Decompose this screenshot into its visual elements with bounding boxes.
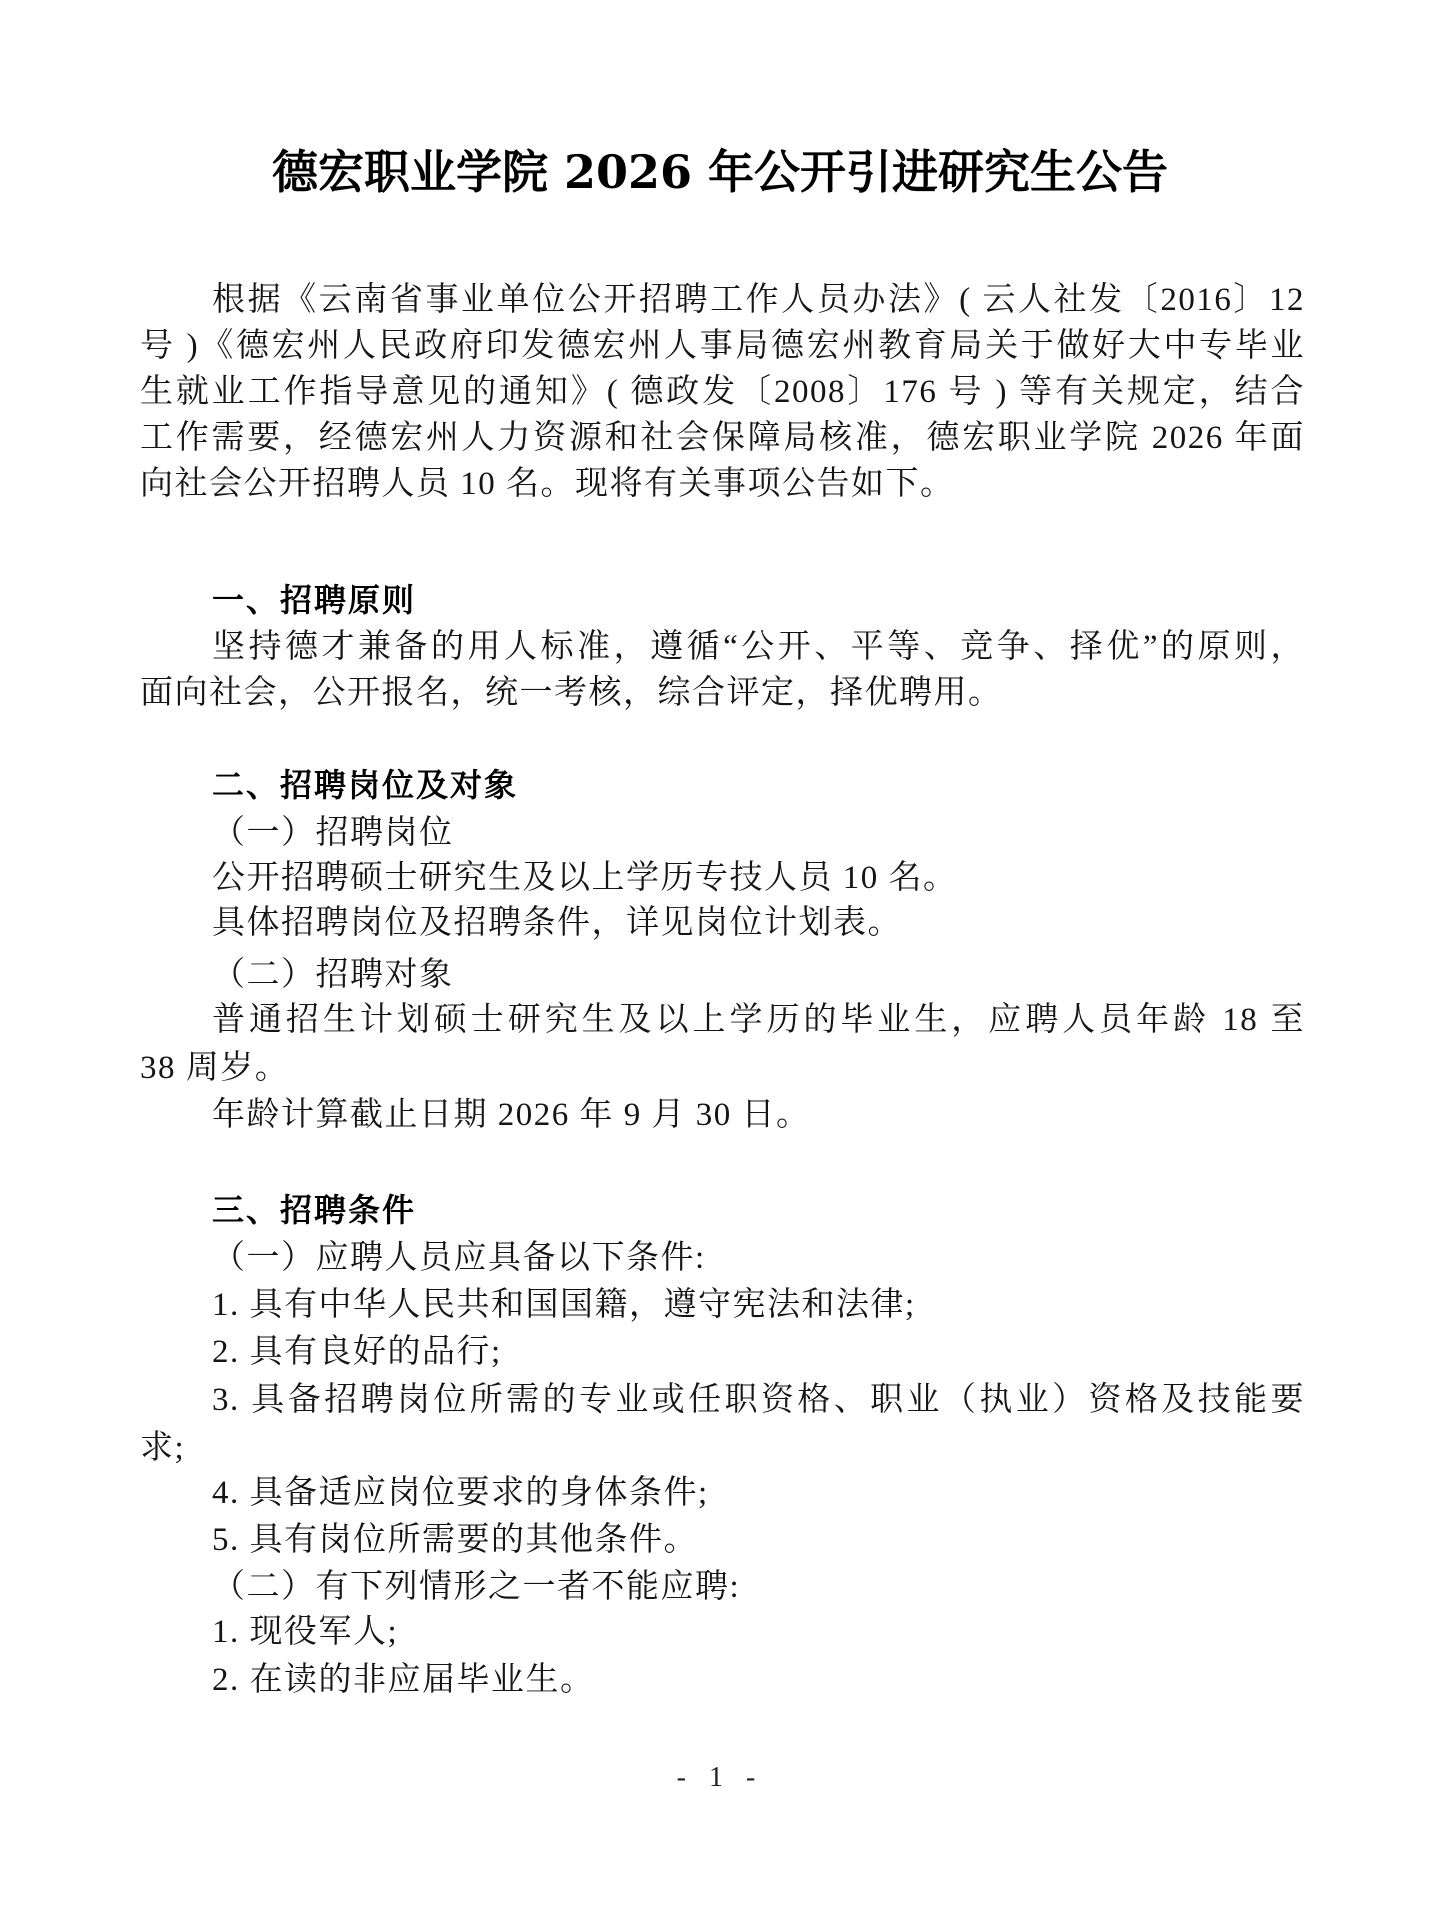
section-1-line-2: 面向社会，公开报名，统一考核，综合评定，择优聘用。 [140, 671, 1305, 715]
condition-item-1: 1. 具有中华人民共和国国籍，遵守宪法和法律; [212, 1283, 1305, 1327]
intro-line-2: 号 )《德宏州人民政府印发德宏州人事局德宏州教育局关于做好大中专毕业 [140, 324, 1305, 368]
section-2-line-6: 38 周岁。 [140, 1046, 1305, 1090]
section-heading-positions: 二、招聘岗位及对象 [212, 763, 518, 807]
intro-line-1: 根据《云南省事业单位公开招聘工作人员办法》( 云人社发〔2016〕12 [212, 278, 1305, 322]
section-2-line-7: 年龄计算截止日期 2026 年 9 月 30 日。 [212, 1093, 1305, 1137]
intro-line-5: 向社会公开招聘人员 10 名。现将有关事项公告如下。 [140, 462, 1305, 506]
document-title: 德宏职业学院 2026 年公开引进研究生公告 [0, 140, 1440, 204]
subsection-positions: （一）招聘岗位 [212, 811, 1305, 855]
intro-line-3: 生就业工作指导意见的通知》( 德政发〔2008〕176 号 ) 等有关规定，结合 [140, 370, 1305, 414]
subsection-requirements: （一）应聘人员应具备以下条件: [212, 1236, 1305, 1280]
subsection-targets: （二）招聘对象 [212, 953, 1305, 997]
document-page: 德宏职业学院 2026 年公开引进研究生公告 根据《云南省事业单位公开招聘工作人… [0, 0, 1440, 1920]
condition-item-3: 3. 具备招聘岗位所需的专业或任职资格、职业（执业）资格及技能要 [212, 1378, 1305, 1422]
intro-line-4: 工作需要，经德宏州人力资源和社会保障局核准，德宏职业学院 2026 年面 [140, 416, 1305, 460]
section-1-line-1: 坚持德才兼备的用人标准，遵循“公开、平等、竞争、择优”的原则， [212, 625, 1305, 669]
subsection-exclusions: （二）有下列情形之一者不能应聘: [212, 1565, 1305, 1609]
condition-item-2: 2. 具有良好的品行; [212, 1330, 1305, 1374]
section-2-line-2: 公开招聘硕士研究生及以上学历专技人员 10 名。 [212, 856, 1305, 900]
exclusion-item-1: 1. 现役军人; [212, 1610, 1305, 1654]
section-heading-conditions: 三、招聘条件 [212, 1188, 416, 1232]
condition-item-3-cont: 求; [140, 1426, 1305, 1470]
section-2-line-5: 普通招生计划硕士研究生及以上学历的毕业生，应聘人员年龄 18 至 [212, 998, 1305, 1042]
condition-item-5: 5. 具有岗位所需要的其他条件。 [212, 1518, 1305, 1562]
exclusion-item-2: 2. 在读的非应届毕业生。 [212, 1658, 1305, 1702]
section-2-line-3: 具体招聘岗位及招聘条件，详见岗位计划表。 [212, 901, 1305, 945]
page-number: - 1 - [0, 1762, 1440, 1794]
condition-item-4: 4. 具备适应岗位要求的身体条件; [212, 1471, 1305, 1515]
section-heading-principles: 一、招聘原则 [212, 578, 416, 622]
